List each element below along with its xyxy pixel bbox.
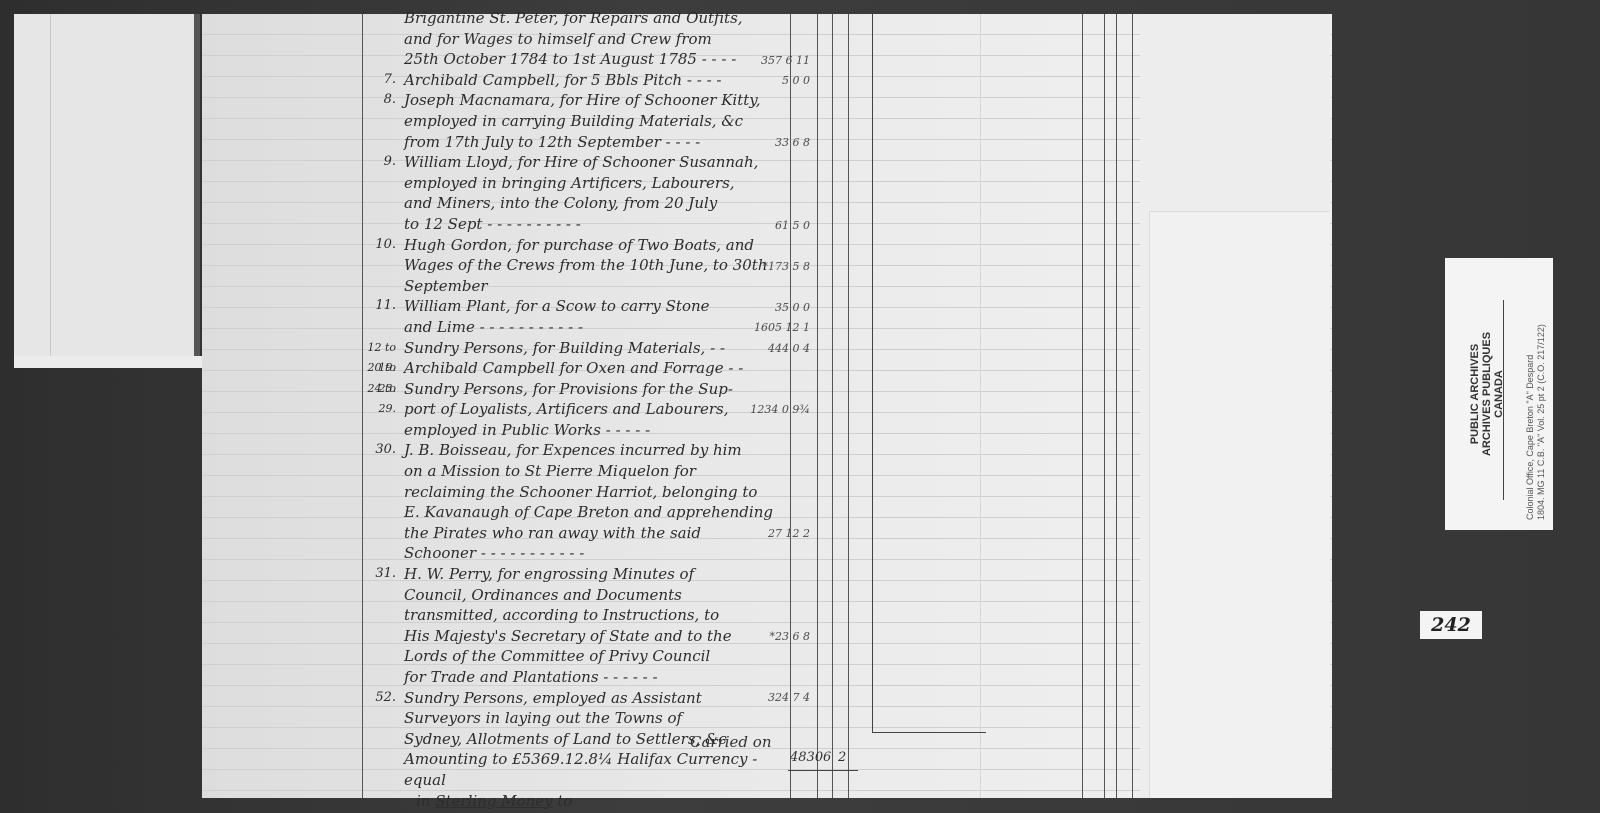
archive-org: PUBLIC ARCHIVES ARCHIVES PUBLIQUES CANAD… [1469,258,1505,530]
margin-line [50,14,51,360]
stamp-rule [1503,300,1504,500]
ledger-entry: 20 to 23. Archibald Campbell for Oxen an… [360,358,800,379]
ledger-entries: Brigantine St. Peter, for Repairs and Ou… [360,14,800,811]
source-line-1: Colonial Office, Cape Breton "A" Despard [1525,324,1536,520]
ledger-entry: 9. William Lloyd, for Hire of Schooner S… [360,152,800,234]
entry-text: William Lloyd, for Hire of Schooner Susa… [360,152,800,234]
archive-stamp: PUBLIC ARCHIVES ARCHIVES PUBLIQUES CANAD… [1445,258,1553,530]
entry-number: 30. [358,440,396,461]
column-rule-end [848,14,849,798]
entry-text: Joseph Macnamara, for Hire of Schooner K… [360,90,800,152]
total-rule [788,770,858,771]
entry-amount: *23 6 8 [770,630,811,643]
org-line-1: PUBLIC ARCHIVES [1469,258,1481,530]
left-flap-page [14,14,200,360]
column-rule-2d [1132,14,1133,798]
entry-number: 24 to 29. [352,379,396,420]
entry-text: Hugh Gordon, for purchase of Two Boats, … [360,235,800,297]
summary-line: in Sterling Money to [360,791,800,812]
ledger-entry: 12 to 19. Sundry Persons, for Building M… [360,338,800,359]
entry-amount: 1234 0 9¾ [750,403,810,416]
column-rule-pence [832,14,833,798]
entry-number: 9. [358,152,396,173]
entry-text: Archibald Campbell, for 5 Bbls Pitch - -… [360,70,800,91]
ledger-entry: 8. Joseph Macnamara, for Hire of Schoone… [360,90,800,152]
carried-on: Carried on [690,733,772,751]
column-rule-2c [1116,14,1117,798]
summary-text: Amounting to £5369.12.8¼ Halifax Currenc… [360,749,800,790]
ledger-entry: 7. Archibald Campbell, for 5 Bbls Pitch … [360,70,800,91]
entry-text: H. W. Perry, for engrossing Minutes of C… [360,564,800,688]
flap-edge [14,356,204,368]
sheet-fold [980,14,981,798]
right-blank-insert [1150,212,1330,798]
ledger-entry: 10. Hugh Gordon, for purchase of Two Boa… [360,235,800,297]
total-shillings: 6 [823,750,831,765]
sterling-money: Sterling Money [435,792,552,810]
entry-amount: 61 5 0 [775,219,810,232]
column-rule-shillings [817,14,818,798]
archive-source: Colonial Office, Cape Breton "A" Despard… [1525,324,1547,520]
entry-amount: 5 0 0 [782,74,810,87]
entry-amount: 33 6 8 [775,136,810,149]
summary-line: Amounting to £5369.12.8¼ Halifax Currenc… [360,749,800,790]
bracket-line [872,14,873,732]
summary-prefix: in [416,792,435,810]
entry-text: J. B. Boisseau, for Expences incurred by… [360,440,800,564]
entry-text: Brigantine St. Peter, for Repairs and Ou… [360,8,800,70]
ledger-entry: 30. J. B. Boisseau, for Expences incurre… [360,440,800,564]
entry-number: 8. [358,90,396,111]
entry-number: 10. [358,235,396,256]
page-number: 242 [1420,611,1482,639]
entry-amount: 27 12 2 [768,527,810,540]
entry-amount: 1605 12 1 [754,321,810,334]
entry-amount: 357 6 11 [761,54,810,67]
entry-text: Archibald Campbell for Oxen and Forrage … [360,358,800,379]
entry-number: 31. [358,564,396,585]
column-rule-2a [1082,14,1083,798]
entry-text: Sundry Persons, for Provisions for the S… [360,379,800,441]
entry-amount: 444 0 4 [768,342,810,355]
entry-amount: 35 0 0 [775,301,810,314]
entry-number: 52. [358,688,396,709]
entry-number: 7. [358,70,396,91]
total-pounds: 4830 [790,750,823,765]
ledger-entry: 31. H. W. Perry, for engrossing Minutes … [360,564,800,688]
entry-text: William Plant, for a Scow to carry Stone… [360,296,800,337]
ledger-entry: 11. William Plant, for a Scow to carry S… [360,296,800,337]
bracket-bottom [872,732,986,733]
summary-suffix: to [553,792,573,810]
source-line-2: 1804. MG 11 C.B. "A" Vol. 25 pt 2 (C.O. … [1536,324,1547,520]
entry-amount: 324 7 4 [768,691,810,704]
summary-text-2: in Sterling Money to [360,791,800,812]
org-line-2: ARCHIVES PUBLIQUES [1481,258,1493,530]
total-pence: 2 [838,750,846,765]
column-rule-2b [1104,14,1105,798]
entry-text: Sundry Persons, for Building Materials, … [360,338,800,359]
ledger-entry: 24 to 29. Sundry Persons, for Provisions… [360,379,800,441]
entry-number: 11. [358,296,396,317]
entry-amount: *173 5 8 [763,260,811,273]
ledger-entry: Brigantine St. Peter, for Repairs and Ou… [360,8,800,70]
